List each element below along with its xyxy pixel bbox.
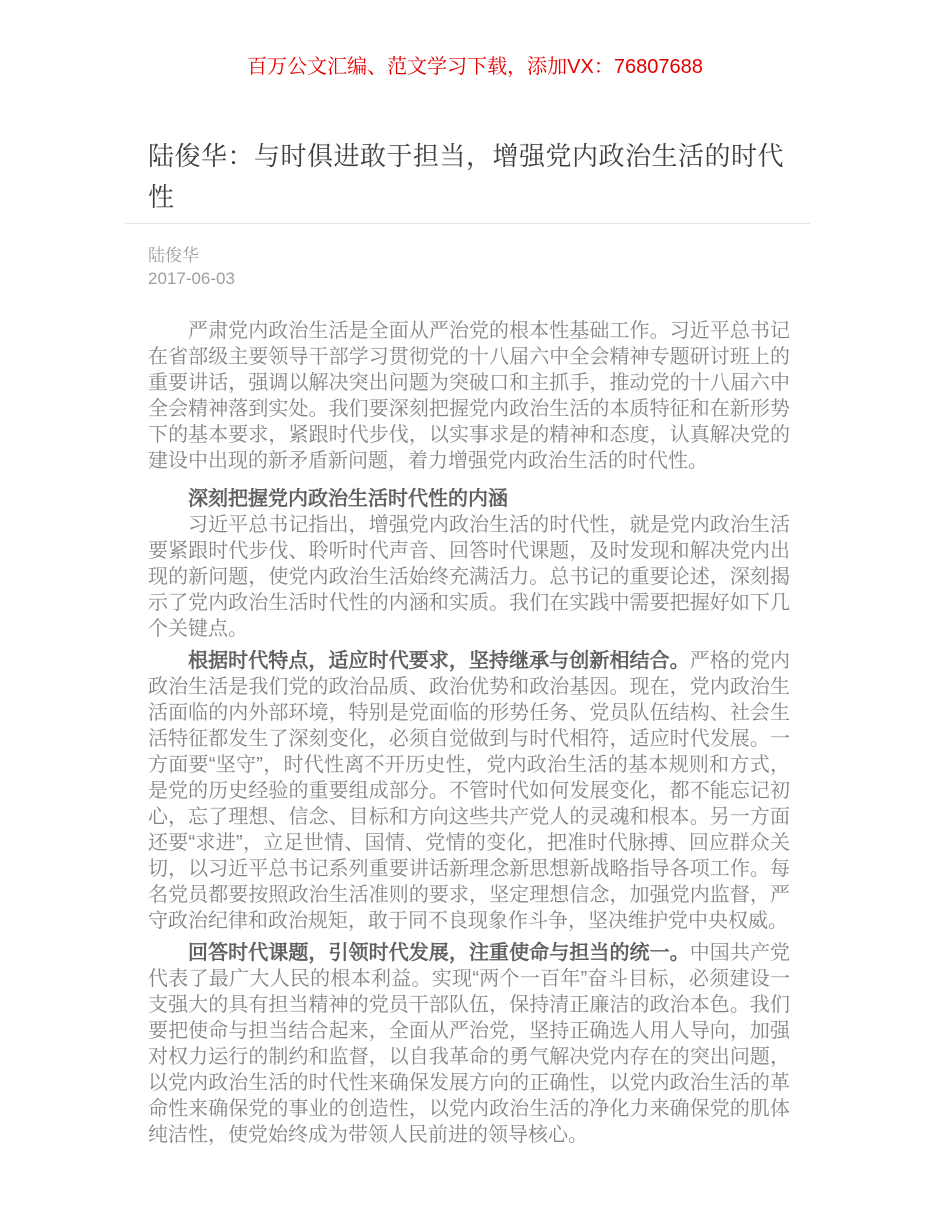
paragraph: 回答时代课题，引领时代发展，注重使命与担当的统一。中国共产党代表了最广大人民的根… (148, 940, 790, 1148)
lead-bold-text: 根据时代特点，适应时代要求，坚持继承与创新相结合。 (188, 650, 690, 672)
paragraph: 习近平总书记指出，增强党内政治生活的时代性，就是党内政治生活要紧跟时代步伐、聆听… (148, 512, 790, 642)
article: 陆俊华：与时俱进敢于担当，增强党内政治生活的时代性 陆俊华 2017-06-03… (148, 136, 790, 1148)
section-heading: 深刻把握党内政治生活时代性的内涵 (148, 486, 790, 512)
article-author: 陆俊华 (148, 244, 790, 267)
article-body: 严肃党内政治生活是全面从严治党的根本性基础工作。习近平总书记在省部级主要领导干部… (148, 318, 790, 1148)
paragraph: 根据时代特点，适应时代要求，坚持继承与创新相结合。严格的党内政治生活是我们党的政… (148, 648, 790, 934)
article-title: 陆俊华：与时俱进敢于担当，增强党内政治生活的时代性 (148, 136, 790, 218)
page: { "promo": { "text": "百万公文汇编、范文学习下载，添加VX… (0, 0, 950, 1230)
title-divider (125, 223, 810, 224)
promo-banner: 百万公文汇编、范文学习下载，添加VX：76807688 (0, 0, 950, 80)
article-date: 2017-06-03 (148, 267, 790, 290)
lead-bold-text: 回答时代课题，引领时代发展，注重使命与担当的统一。 (188, 942, 690, 964)
article-meta: 陆俊华 2017-06-03 (148, 244, 790, 290)
paragraph: 严肃党内政治生活是全面从严治党的根本性基础工作。习近平总书记在省部级主要领导干部… (148, 318, 790, 474)
